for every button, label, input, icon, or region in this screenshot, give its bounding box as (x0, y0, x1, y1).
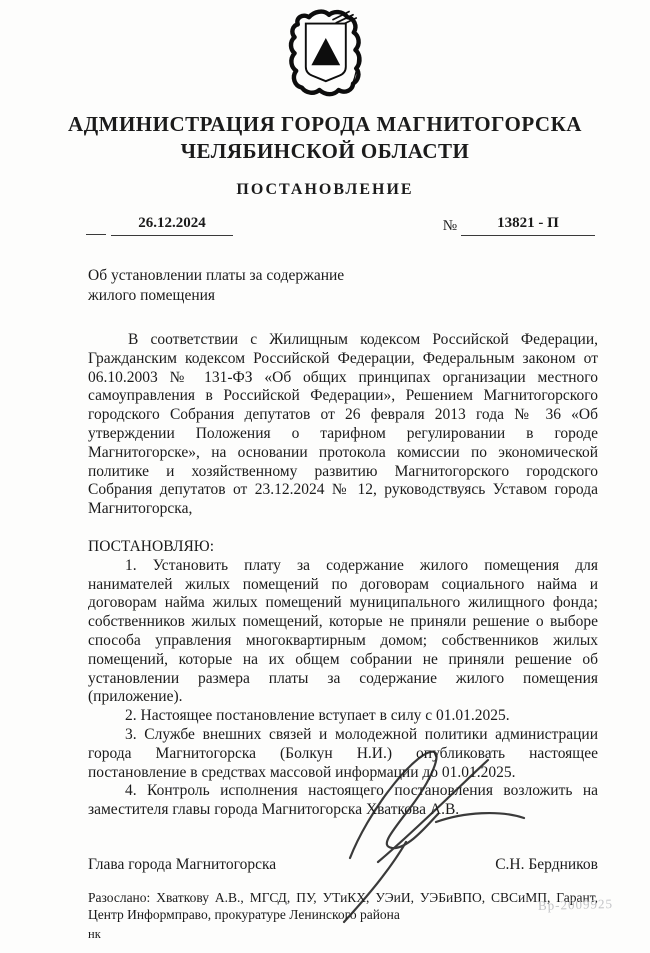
document-type-title: ПОСТАНОВЛЕНИЕ (0, 181, 650, 199)
preamble-paragraph: В соответствии с Жилищным кодексом Росси… (88, 331, 598, 519)
signature-row: Глава города Магнитогорска С.Н. Берднико… (88, 856, 598, 874)
distribution-list: Разослано: Хваткову А.В., МГСД, ПУ, УТиК… (88, 889, 598, 923)
date-block: 26.12.2024 (86, 215, 233, 236)
magnitogorsk-coat-of-arms-icon (285, 8, 365, 100)
signer-name: С.Н. Бердников (495, 856, 598, 874)
document-page: АДМИНИСТРАЦИЯ ГОРОДА МАГНИТОГОРСКА ЧЕЛЯБ… (0, 0, 650, 953)
date-dash-decoration (86, 234, 106, 235)
date-number-row: 26.12.2024 № 13821 - П (0, 215, 650, 236)
signer-position-title: Глава города Магнитогорска (88, 856, 276, 874)
resolution-item-4: 4. Контроль исполнения настоящего постан… (88, 782, 598, 820)
resolve-heading: ПОСТАНОВЛЯЮ: (88, 538, 598, 557)
document-number: 13821 - П (461, 215, 595, 236)
scan-watermark-code: Вр-2009925 (538, 896, 613, 914)
executor-initials: нк (88, 927, 598, 942)
document-body: Об установлении платы за содержание жило… (0, 266, 650, 942)
resolution-item-2: 2. Настоящее постановление вступает в си… (88, 707, 598, 726)
subject-line2: жилого помещения (88, 286, 598, 306)
resolution-item-1: 1. Установить плату за содержание жилого… (88, 557, 598, 707)
number-sign: № (443, 218, 457, 235)
organization-name-line2: ЧЕЛЯБИНСКОЙ ОБЛАСТИ (0, 138, 650, 165)
resolution-item-3: 3. Службе внешних связей и молодежной по… (88, 726, 598, 782)
document-date: 26.12.2024 (111, 215, 233, 236)
number-block: № 13821 - П (443, 215, 595, 236)
emblem-container (0, 0, 650, 105)
subject-block: Об установлении платы за содержание жило… (88, 266, 598, 305)
organization-name-line1: АДМИНИСТРАЦИЯ ГОРОДА МАГНИТОГОРСКА (0, 111, 650, 138)
subject-line1: Об установлении платы за содержание (88, 266, 598, 286)
